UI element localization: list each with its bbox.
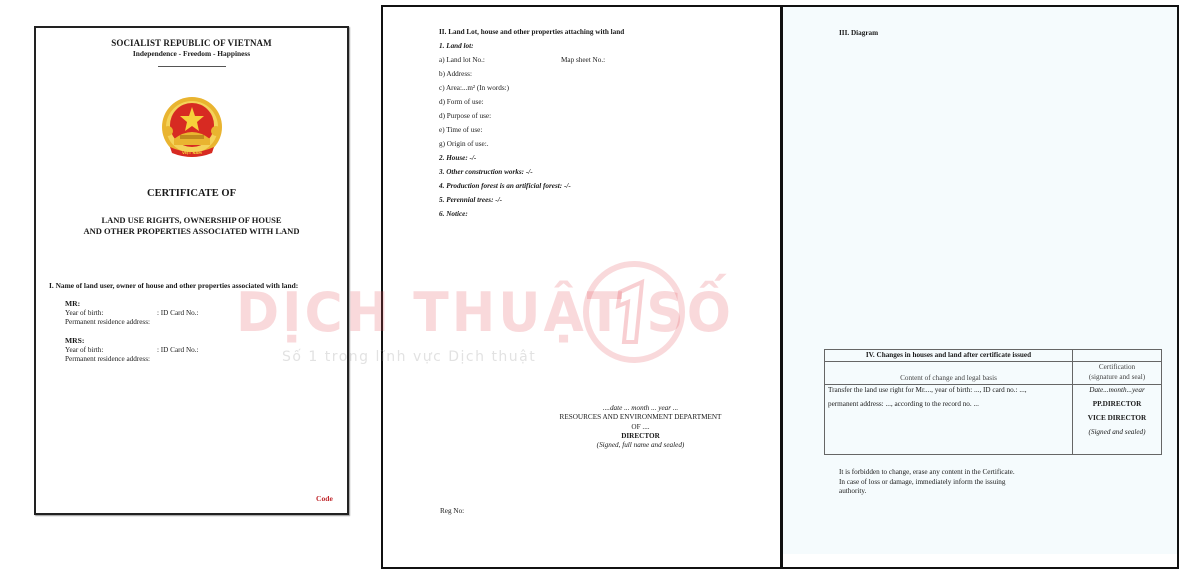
watermark-tagline: Số 1 trong lĩnh vực Dịch thuật — [282, 349, 536, 365]
changes-table-title-row: IV. Changes in houses and land after cer… — [825, 350, 1161, 362]
mrs-year-of-birth: Year of birth: — [65, 346, 103, 354]
mr-id-card: : ID Card No.: — [157, 309, 199, 317]
notice-line-3: authority. — [839, 487, 1015, 497]
house-item: 2. House: -/- — [439, 154, 476, 162]
diagram-heading: III. Diagram — [839, 29, 878, 37]
perennial-trees-item: 5. Perennial trees: -/- — [439, 196, 502, 204]
mrs-address: Permanent residence address: — [65, 355, 150, 363]
page-divider — [780, 7, 783, 567]
mrs-id-card: : ID Card No.: — [157, 346, 199, 354]
signature-role: DIRECTOR — [533, 432, 748, 441]
origin-of-use-field: g) Origin of use:. — [439, 140, 489, 148]
national-motto: Independence - Freedom - Happiness — [36, 49, 347, 58]
certificate-title: CERTIFICATE OF — [36, 188, 347, 199]
certificate-notice: It is forbidden to change, erase any con… — [839, 468, 1015, 497]
time-of-use-field: e) Time of use: — [439, 126, 482, 134]
purpose-of-use-field: d) Purpose of use: — [439, 112, 491, 120]
mr-address: Permanent residence address: — [65, 318, 150, 326]
address-field: b) Address: — [439, 70, 472, 78]
area-field: c) Area:...m² (In words:) — [439, 84, 509, 92]
svg-text:VIỆT NAM: VIỆT NAM — [182, 150, 202, 155]
map-sheet-field: Map sheet No.: — [561, 56, 605, 64]
land-lot-number-field: a) Land lot No.: — [439, 56, 485, 64]
changes-table: IV. Changes in houses and land after cer… — [824, 349, 1162, 455]
other-construction-item: 3. Other construction works: -/- — [439, 168, 533, 176]
change-content-line-2: permanent address: ..., according to the… — [828, 400, 979, 408]
certification-column-subheader: (signature and seal) — [1073, 373, 1161, 381]
form-of-use-field: d) Form of use: — [439, 98, 484, 106]
certificate-subtitle: LAND USE RIGHTS, OWNERSHIP OF HOUSE AND … — [36, 215, 347, 237]
watermark-logo-icon — [580, 258, 688, 366]
content-column-header: Content of change and legal basis — [825, 374, 1072, 382]
certificate-cover-page: SOCIALIST REPUBLIC OF VIETNAM Independen… — [34, 26, 349, 515]
signature-department: RESOURCES AND ENVIRONMENT DEPARTMENT — [533, 413, 748, 422]
mr-label: MR: — [65, 299, 80, 308]
section-2-heading: II. Land Lot, house and other properties… — [439, 28, 624, 36]
national-emblem-icon: VIỆT NAM — [156, 95, 228, 165]
notice-line-1: It is forbidden to change, erase any con… — [839, 468, 1015, 478]
country-name: SOCIALIST REPUBLIC OF VIETNAM — [36, 38, 347, 48]
certification-role-2: VICE DIRECTOR — [1073, 414, 1161, 422]
signature-of: OF .... — [533, 423, 748, 432]
notice-item: 6. Notice: — [439, 210, 468, 218]
signature-block: ....date ... month ... year ... RESOURCE… — [533, 404, 748, 450]
notice-line-2: In case of loss or damage, immediately i… — [839, 478, 1015, 488]
changes-table-title: IV. Changes in houses and land after cer… — [825, 351, 1072, 359]
mr-year-of-birth: Year of birth: — [65, 309, 103, 317]
signature-date: ....date ... month ... year ... — [533, 404, 748, 413]
land-lot-heading: 1. Land lot: — [439, 42, 474, 50]
certification-column-header: Certification — [1073, 363, 1161, 371]
header-divider — [158, 66, 226, 67]
code-label: Code — [316, 494, 333, 503]
certification-date: Date...month...year — [1073, 386, 1161, 394]
subtitle-line-1: LAND USE RIGHTS, OWNERSHIP OF HOUSE — [36, 215, 347, 226]
subtitle-line-2: AND OTHER PROPERTIES ASSOCIATED WITH LAN… — [36, 226, 347, 237]
production-forest-item: 4. Production forest is an artificial fo… — [439, 182, 571, 190]
signature-note: (Signed, full name and sealed) — [533, 441, 748, 450]
changes-table-header-row: Content of change and legal basis Certif… — [825, 362, 1161, 385]
certification-note: (Signed and sealed) — [1073, 428, 1161, 436]
certification-role-1: PP.DIRECTOR — [1073, 400, 1161, 408]
change-content-line-1: Transfer the land use right for Mr...., … — [828, 386, 1027, 394]
reg-no-label: Reg No: — [440, 507, 464, 515]
mrs-label: MRS: — [65, 336, 84, 345]
